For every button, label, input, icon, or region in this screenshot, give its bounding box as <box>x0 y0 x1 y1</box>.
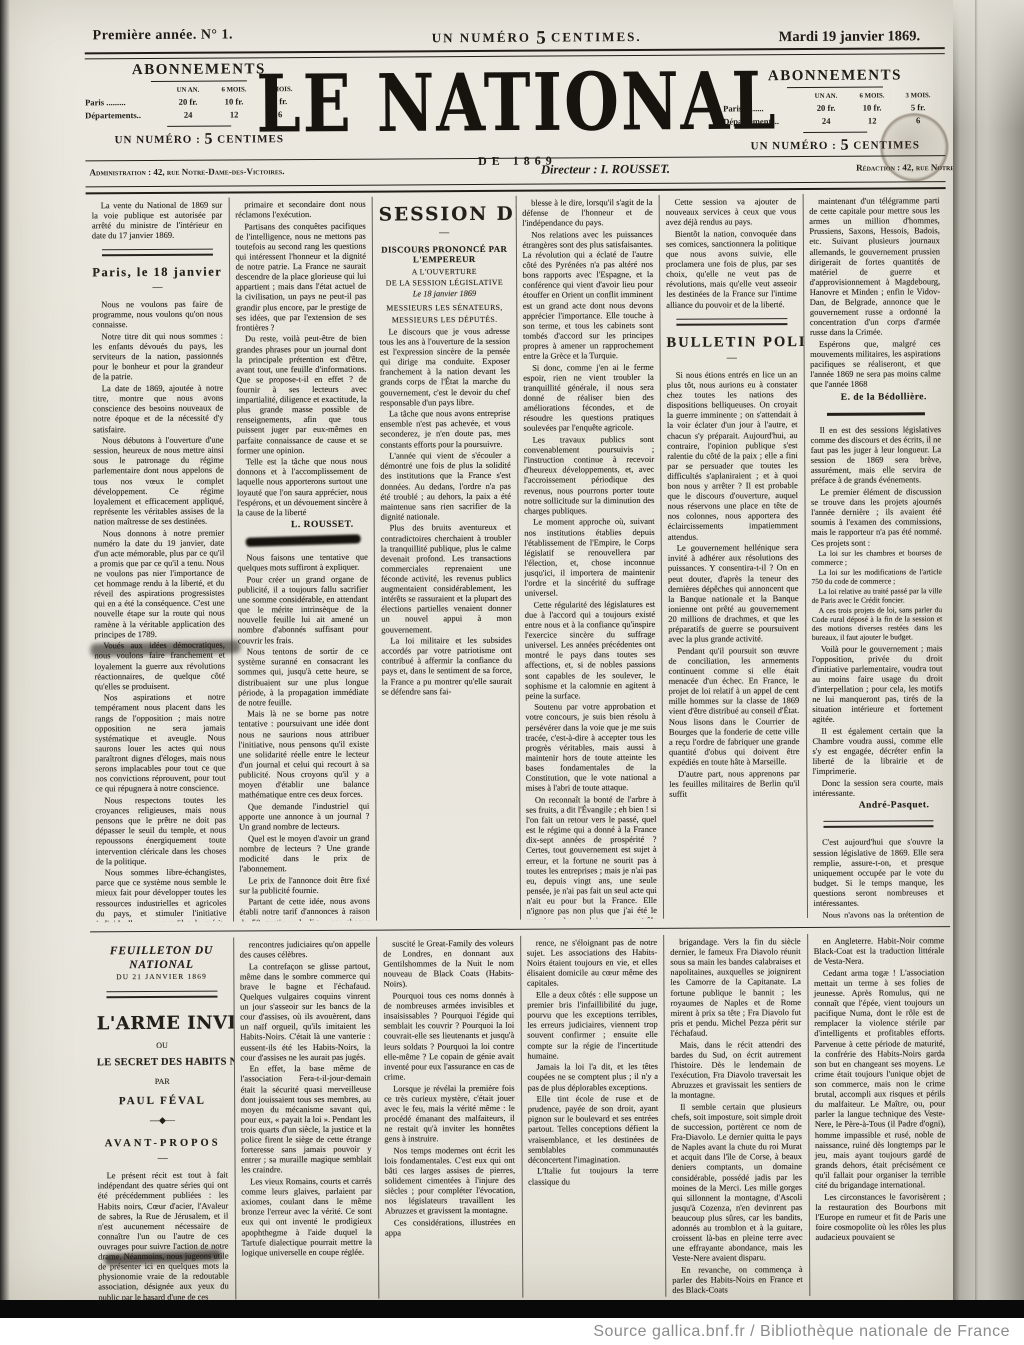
bulletin-heading: BULLETIN POLITIQUE <box>666 334 797 352</box>
avant-propos-heading: AVANT-PROPOS <box>97 1137 228 1150</box>
director-line: Directeur : I. ROUSSET. <box>455 161 755 178</box>
paragraph: Il semble certain que plusieurs chefs, s… <box>671 1101 802 1264</box>
rule <box>106 991 217 999</box>
paragraph: La date de 1869, ajoutée à notre titre, … <box>93 383 224 434</box>
column-6: maintenant d'un télégramme parti de cett… <box>803 193 950 918</box>
column-2: primaire et secondaire dont nous réclamo… <box>229 197 377 922</box>
paragraph: Cedant arma togæ ! L'association mettait… <box>814 967 946 1190</box>
divider <box>787 87 883 89</box>
cell: 10 fr. <box>849 102 895 112</box>
cell: 5 fr. <box>895 102 941 112</box>
paragraph: Pourquoi tous ces noms donnés à de nombr… <box>383 990 514 1082</box>
rule <box>826 412 925 416</box>
info-band: Administration : 42, rue Notre-Dame-des-… <box>85 155 945 185</box>
paragraph: Nos aspirations et notre tempérament nou… <box>95 692 226 794</box>
row-label: Paris ......... <box>85 97 165 107</box>
divider <box>151 80 247 82</box>
paragraph: Cette régularité des législatures est du… <box>525 599 656 701</box>
paragraph: Le prix de l'annonce doit être fixé sur … <box>239 874 370 895</box>
speech-subhead: DISCOURS PRONONCÉ PAR L'EMPEREUR <box>379 244 510 266</box>
source-text: Source gallica.bnf.fr / Bibliothèque nat… <box>593 1323 1010 1341</box>
paragraph: Soutenu par votre approbation et votre c… <box>525 701 656 793</box>
list-item: La loi sur les modifications de l'articl… <box>811 567 942 586</box>
price-suffix: CENTIMES. <box>551 29 642 45</box>
paragraph: Telle est la tâche que nous nous donnons… <box>237 456 368 517</box>
session-heading: SESSION DE 1869 <box>379 204 510 227</box>
feuilleton-subtitle: LE SECRET DES HABITS NOIRS <box>97 1057 228 1070</box>
price-big-digit: 5 <box>536 28 546 49</box>
cell: 20 fr. <box>165 97 211 107</box>
rule <box>102 249 213 257</box>
paragraph: D'autre part, nous apprenons par les feu… <box>669 768 800 799</box>
divider <box>803 132 867 133</box>
block: OU <box>97 1040 228 1050</box>
dash-ornament: — <box>92 282 223 295</box>
paragraph: brigandage. Vers la fin du siècle dernie… <box>670 936 801 1038</box>
paragraph: blesse à le dire, lorsqu'il s'agit de la… <box>522 197 653 228</box>
dash-ornament: — <box>97 1153 228 1166</box>
paragraph: suscité le Great-Family des voleurs de L… <box>383 938 514 989</box>
price-prefix: UN NUMÉRO <box>432 30 531 46</box>
paragraph: Mais, dans le récit attendri des bardes … <box>671 1039 802 1100</box>
paragraph: L'Italie fut toujours la terre classique… <box>528 1165 659 1186</box>
col-header: 6 MOIS. <box>849 92 895 99</box>
col-header: UN AN. <box>803 93 849 100</box>
paragraph: Que demande l'industriel qui apporte une… <box>239 800 370 831</box>
col-header: UN AN. <box>165 87 211 94</box>
block: MESSIEURS LES SÉNATEURS, <box>379 303 510 313</box>
scan-page-edge <box>953 0 1024 1300</box>
paragraph: Elle a deux côtés : elle suppose un prem… <box>527 989 658 1061</box>
price-line: UN NUMÉRO 5 CENTIMES. <box>387 27 687 51</box>
paragraph: Cette session va ajouter de nouveaux ser… <box>666 196 797 227</box>
row-label: Départements.. <box>85 110 165 120</box>
speech-date: Le 18 janvier 1869 <box>379 289 510 300</box>
column-4: blesse à le dire, lorsqu'il s'agit de la… <box>516 195 664 920</box>
paragraph: Jamais la loi l'a dit, et les têtes coup… <box>527 1061 658 1092</box>
paragraph: Partisans des conquêtes pacifiques de l'… <box>235 220 366 332</box>
dash-ornament: — <box>667 352 798 365</box>
paragraph: Mais là ne se borne pas notre tentative … <box>238 708 369 800</box>
paragraph: Bientôt la nation, convoquée dans ses co… <box>666 228 797 310</box>
paragraph: Nous tentons de sortir de ce système sur… <box>238 646 369 707</box>
paragraph: La contrefaçon se glisse partout, même d… <box>240 960 371 1062</box>
paragraph: Espérons que, malgré ces mouvements mili… <box>810 338 941 389</box>
paragraph: en Angleterre. Habit-Noir comme Black-Co… <box>814 935 945 966</box>
paragraph: Si donc, comme j'en ai le ferme espoir, … <box>523 362 654 434</box>
paragraph: Donc la session sera courte, mais intére… <box>813 777 944 798</box>
block: DE LA SESSION LÉGISLATIVE <box>379 278 510 288</box>
paragraph: Nous faisons une tentative que quelques … <box>237 552 368 573</box>
paragraph: Le gouvernement hellénique sera invité à… <box>668 542 799 644</box>
administration-line: Administration : 42, rue Notre-Dame-des-… <box>89 166 284 177</box>
paragraph: rence, ne s'éloignant pas de notre sujet… <box>527 937 658 988</box>
paragraph: Ces considérations, illustrées en appa <box>385 1217 516 1238</box>
paragraph: Lorsque je révélai la première fois ce t… <box>384 1082 515 1143</box>
feuilleton-columns: FEUILLETON DU NATIONALDU 21 JANVIER 1869… <box>90 933 952 1300</box>
feuilleton-column-2: rencontres judiciaires qu'on appelle des… <box>234 937 380 1300</box>
paragraph: rencontres judiciaires qu'on appelle des… <box>240 939 371 960</box>
list-item: La loi sur les chambres et bourses de co… <box>811 548 942 567</box>
printed-content: Première année. N° 1. UN NUMÉRO 5 CENTIM… <box>0 0 957 1303</box>
block: MESSIEURS LES DÉPUTÉS. <box>379 314 510 324</box>
list-item: A ces trois projets de loi, sans parler … <box>812 606 943 643</box>
paragraph: Elle tint école de ruse et de prudence, … <box>528 1093 659 1165</box>
source-bar: Source gallica.bnf.fr / Bibliothèque nat… <box>0 1318 1024 1345</box>
paragraph: Nos temps modernes ont écrit les lois fo… <box>384 1144 515 1216</box>
paragraph: Partant de cette idée, nous avons établi… <box>239 896 370 922</box>
feuilleton-divider <box>90 926 950 932</box>
feuilleton-title: L'ARME INVISIBLE <box>97 1013 228 1035</box>
scan-shadow-edge <box>0 0 10 1300</box>
paragraph: En effet, la base même de l'association … <box>240 1063 371 1175</box>
block: A L'OUVERTURE <box>379 267 510 277</box>
paragraph: maintenant d'un télégramme parti de cett… <box>809 195 940 337</box>
divider <box>167 125 231 126</box>
numero-digit: 5 <box>841 137 850 154</box>
paragraph: Pendant qu'il poursuit son œuvre de conc… <box>668 645 799 767</box>
masthead-title: LE NATIONAL <box>247 54 788 151</box>
paragraph: L'année qui vient de s'écouler a démontr… <box>380 450 511 522</box>
feuilleton-author: PAUL FÉVAL <box>97 1095 228 1109</box>
sale-notice: La vente du National de 1869 sur la voie… <box>92 200 223 241</box>
paragraph: Nous respectons toutes les croyances rel… <box>95 794 226 866</box>
paragraph: Plus des bruits aventureux et contradict… <box>381 522 512 634</box>
paragraph: Le discours que je vous adresse tous les… <box>379 326 510 408</box>
list-item: La loi relative au traité passé par la v… <box>812 586 943 605</box>
paragraph: Nous donnons à notre premier numéro la d… <box>94 527 225 639</box>
abonnements-header-row: UN AN. 6 MOIS. 3 MOIS. <box>803 92 947 100</box>
main-columns: La vente du National de 1869 sur la voie… <box>86 193 950 922</box>
ornament: —◆— <box>97 1115 228 1127</box>
paragraph: Du reste, voilà peut-être de bien grande… <box>236 333 367 455</box>
paragraph: Les circonstances le favorisèrent ; la r… <box>815 1191 946 1242</box>
feuilleton-header: FEUILLETON DU NATIONAL <box>96 945 227 973</box>
signature-pasquet: André-Pasquet. <box>813 800 930 812</box>
paragraph: Voilà pour le gouvernement ; mais l'oppo… <box>812 643 943 725</box>
paragraph: On reconnaît la bonté de l'arbre à ses f… <box>526 794 658 920</box>
cell: 20 fr. <box>803 103 849 113</box>
signature-rousset: L. ROUSSET. <box>237 520 354 532</box>
paragraph: Pour créer un grand organe de publicité,… <box>237 574 368 646</box>
paragraph: Il en est des sessions législatives comm… <box>811 424 942 485</box>
paragraph: La tâche que nous avons entreprise ensem… <box>380 408 511 449</box>
signature-bedolliere: E. de la Bédollière. <box>810 392 927 404</box>
issue-date: Mardi 19 janvier 1869. <box>779 28 921 46</box>
dateline-heading: Paris, le 18 janvier <box>92 265 223 281</box>
paragraph: En revanche, on commença à parler des Ha… <box>672 1264 803 1295</box>
feuilleton-column-5: brigandage. Vers la fin du siècle dernie… <box>664 934 810 1297</box>
paragraph: Nos relations avec les puissances étrang… <box>522 229 653 361</box>
feuilleton-column-1: FEUILLETON DU NATIONALDU 21 JANVIER 1869… <box>90 937 236 1300</box>
masthead: LE NATIONAL DE 1869 <box>247 54 788 170</box>
paragraph: Les travaux publics sont convenablement … <box>524 434 655 516</box>
paragraph: primaire et secondaire dont nous réclamo… <box>235 199 366 220</box>
block: PAR <box>97 1076 228 1086</box>
column-3: SESSION DE 1869—DISCOURS PRONONCÉ PAR L'… <box>373 196 521 921</box>
paragraph: Nous débutons à l'ouverture d'une sessio… <box>93 435 224 527</box>
cell: 24 <box>803 116 849 126</box>
feuilleton-column-6: en Angleterre. Habit-Noir comme Black-Co… <box>808 933 953 1296</box>
paragraph: Notre titre dit qui nous sommes : les en… <box>92 331 223 382</box>
edition-number: Première année. N° 1. <box>93 27 233 44</box>
paragraph: Nous n'avons pas la prétention de passe <box>813 909 944 918</box>
paragraph: Le présent récit est tout à fait indépen… <box>98 1170 229 1301</box>
rule <box>676 318 787 326</box>
paragraph: Le premier élément de discussion se trou… <box>811 486 942 547</box>
numero-prefix: UN NUMÉRO : <box>115 134 201 147</box>
rule <box>823 821 934 829</box>
numero-digit: 5 <box>204 131 213 148</box>
ink-smudge <box>245 535 360 547</box>
paragraph: Les vieux Romains, courts et carrés comm… <box>241 1176 372 1258</box>
feuilleton-column-3: suscité le Great-Family des voleurs de L… <box>377 936 523 1299</box>
col-header: 3 MOIS. <box>895 92 941 99</box>
column-1: La vente du National de 1869 sur la voie… <box>86 198 234 923</box>
paragraph: Quel est le moyen d'avoir un grand nombr… <box>239 832 370 873</box>
paragraph: C'est aujourd'hui que s'ouvre la session… <box>813 837 944 909</box>
paragraph: La loi militaire et les subsides accordé… <box>381 635 512 696</box>
column-5: Cette session va ajouter de nouveaux ser… <box>660 194 808 919</box>
paragraph: Le moment approche où, suivant nos insti… <box>524 516 655 598</box>
newspaper-page: Première année. N° 1. UN NUMÉRO 5 CENTIM… <box>0 0 953 1300</box>
feuilleton-column-4: rence, ne s'éloignant pas de notre sujet… <box>521 935 667 1298</box>
paragraph: Nous sommes libre-échangistes, parce que… <box>96 867 227 923</box>
paragraph: Il est également certain que la Chambre … <box>812 725 943 776</box>
feuilleton-date: DU 21 JANVIER 1869 <box>96 973 227 983</box>
cell: 24 <box>165 110 211 120</box>
dash-ornament: — <box>379 227 510 240</box>
paragraph: Nous ne voulons pas faire de programme, … <box>92 299 223 330</box>
paragraph: Si nous étions entrés en lice un an plus… <box>667 369 799 542</box>
